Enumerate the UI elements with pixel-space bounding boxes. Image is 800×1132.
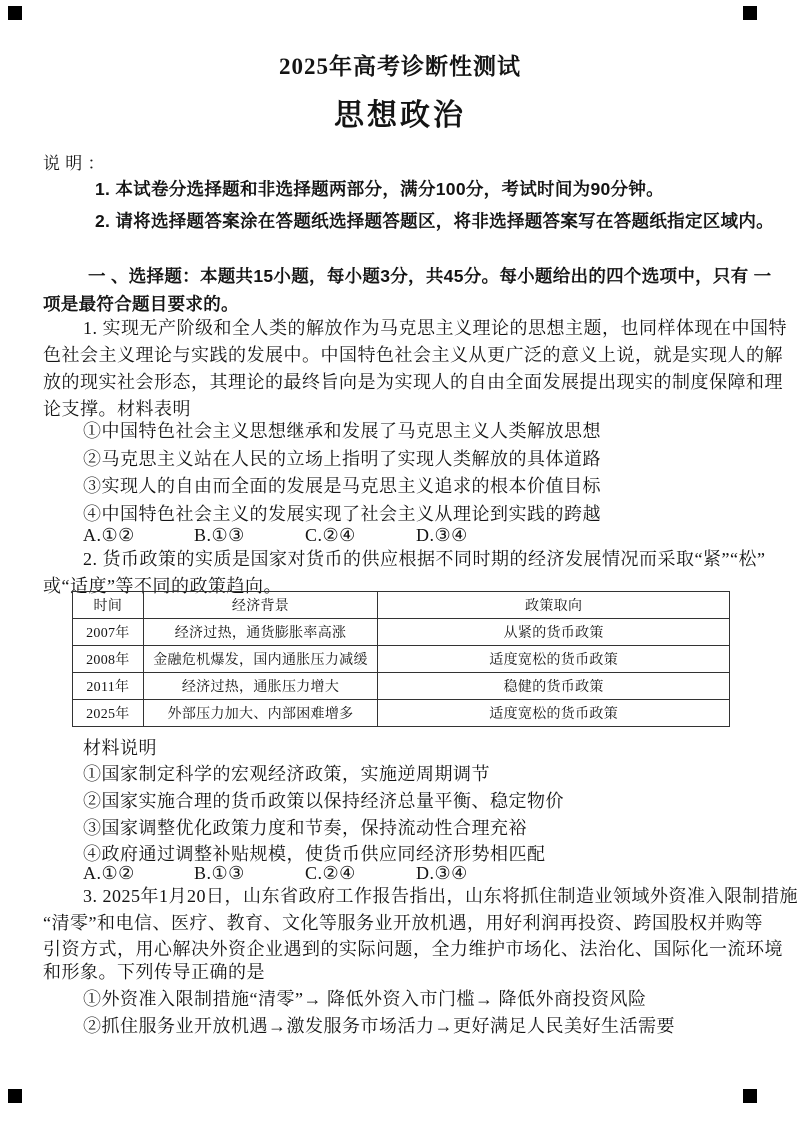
exam-title: 2025年高考诊断性测试: [0, 53, 800, 82]
q2-answer-c: C.②④: [305, 862, 411, 885]
table-cell-background: 经济过热，通胀压力增大: [143, 673, 378, 700]
q3-option-2: ②抓住服务业开放机遇→激发服务市场活力→更好满足人民美好生活需要: [83, 1015, 675, 1038]
q1-answer-b: B.①③: [194, 524, 300, 547]
q3-option-1: ①外资准入限制措施“清零”→ 降低外资入市门槛→ 降低外商投资风险: [83, 988, 646, 1011]
exam-subject: 思想政治: [0, 97, 800, 135]
registration-mark-bottom-right: [743, 1089, 757, 1103]
table-cell-background: 金融危机爆发，国内通胀压力减缓: [143, 646, 378, 673]
table-row: 2025年 外部压力加大、内部困难增多 适度宽松的货币政策: [73, 700, 730, 727]
q2-option-2: ②国家实施合理的货币政策以保持经济总量平衡、稳定物价: [83, 790, 564, 813]
q2-answer-row: A.①② B.①③ C.②④ D.③④: [83, 862, 522, 885]
q2-option-1: ①国家制定科学的宏观经济政策，实施逆周期调节: [83, 763, 490, 786]
q2-option-3: ③国家调整优化政策力度和节奏，保持流动性合理充裕: [83, 817, 527, 840]
q1-stem-line-1: 1. 实现无产阶级和全人类的解放作为马克思主义理论的思想主题，也同样体现在中国特: [83, 317, 787, 340]
q2-stem-line-1: 2. 货币政策的实质是国家对货币的供应根据不同时期的经济发展情况而采取“紧”“松…: [83, 548, 765, 571]
q2-answer-a: A.①②: [83, 862, 189, 885]
table-cell-policy: 适度宽松的货币政策: [378, 646, 730, 673]
table-cell-background: 经济过热，通货膨胀率高涨: [143, 619, 378, 646]
q1-answer-a: A.①②: [83, 524, 189, 547]
q1-answer-row: A.①② B.①③ C.②④ D.③④: [83, 524, 522, 547]
monetary-policy-table: 时间 经济背景 政策取向 2007年 经济过热，通货膨胀率高涨 从紧的货币政策 …: [72, 591, 730, 727]
q1-stem-line-4: 论支撑。材料表明: [43, 398, 191, 421]
q2-material-label: 材料说明: [83, 737, 157, 760]
table-header-background: 经济背景: [143, 592, 378, 619]
notice-label: 说 明 ：: [43, 153, 105, 174]
exam-paper-page: 2025年高考诊断性测试 思想政治 说 明 ： 1. 本试卷分选择题和非选择题两…: [0, 0, 800, 1132]
table-cell-year: 2008年: [73, 646, 144, 673]
q1-answer-d: D.③④: [416, 524, 522, 547]
q2-answer-d: D.③④: [416, 862, 522, 885]
table-cell-policy: 适度宽松的货币政策: [378, 700, 730, 727]
section-heading-line-1: 一 、选择题：本题共15小题，每小题3分，共45分。每小题给出的四个选项中，只有…: [88, 266, 771, 288]
q2-answer-b: B.①③: [194, 862, 300, 885]
notice-item-1: 1. 本试卷分选择题和非选择题两部分，满分100分，考试时间为90分钟。: [95, 179, 664, 201]
q1-option-4: ④中国特色社会主义的发展实现了社会主义从理论到实践的跨越: [83, 503, 601, 526]
table-cell-policy: 稳健的货币政策: [378, 673, 730, 700]
q3-stem-line-3: 引资方式，用心解决外资企业遇到的实际问题，全力维护市场化、法治化、国际化一流环境: [43, 938, 783, 961]
registration-mark-bottom-left: [8, 1089, 22, 1103]
table-cell-year: 2007年: [73, 619, 144, 646]
registration-mark-top-left: [8, 6, 22, 20]
q1-stem-line-3: 放的现实社会形态，其理论的最终旨向是为实现人的自由全面发展提出现实的制度保障和理: [43, 371, 783, 394]
q3-stem-line-4: 和形象。下列传导正确的是: [43, 961, 265, 984]
table-cell-year: 2011年: [73, 673, 144, 700]
q1-answer-c: C.②④: [305, 524, 411, 547]
q3-stem-line-1: 3. 2025年1月20日，山东省政府工作报告指出，山东将抓住制造业领域外资准入…: [83, 885, 798, 908]
q3-stem-line-2: “清零”和电信、医疗、教育、文化等服务业开放机遇，用好利润再投资、跨国股权并购等: [43, 912, 763, 935]
table-header-policy: 政策取向: [378, 592, 730, 619]
table-header-row: 时间 经济背景 政策取向: [73, 592, 730, 619]
notice-item-2: 2. 请将选择题答案涂在答题纸选择题答题区，将非选择题答案写在答题纸指定区域内。: [95, 211, 774, 233]
q1-option-3: ③实现人的自由而全面的发展是马克思主义追求的根本价值目标: [83, 475, 601, 498]
table-header-time: 时间: [73, 592, 144, 619]
table-cell-background: 外部压力加大、内部困难增多: [143, 700, 378, 727]
table-row: 2011年 经济过热，通胀压力增大 稳健的货币政策: [73, 673, 730, 700]
q1-stem-line-2: 色社会主义理论与实践的发展中。中国特色社会主义从更广泛的意义上说，就是实现人的解: [43, 344, 783, 367]
q1-option-1: ①中国特色社会主义思想继承和发展了马克思主义人类解放思想: [83, 420, 601, 443]
section-heading-line-2: 项是最符合题目要求的。: [43, 294, 239, 316]
table-cell-policy: 从紧的货币政策: [378, 619, 730, 646]
table-cell-year: 2025年: [73, 700, 144, 727]
q1-option-2: ②马克思主义站在人民的立场上指明了实现人类解放的具体道路: [83, 448, 601, 471]
table-row: 2007年 经济过热，通货膨胀率高涨 从紧的货币政策: [73, 619, 730, 646]
table-row: 2008年 金融危机爆发，国内通胀压力减缓 适度宽松的货币政策: [73, 646, 730, 673]
registration-mark-top-right: [743, 6, 757, 20]
